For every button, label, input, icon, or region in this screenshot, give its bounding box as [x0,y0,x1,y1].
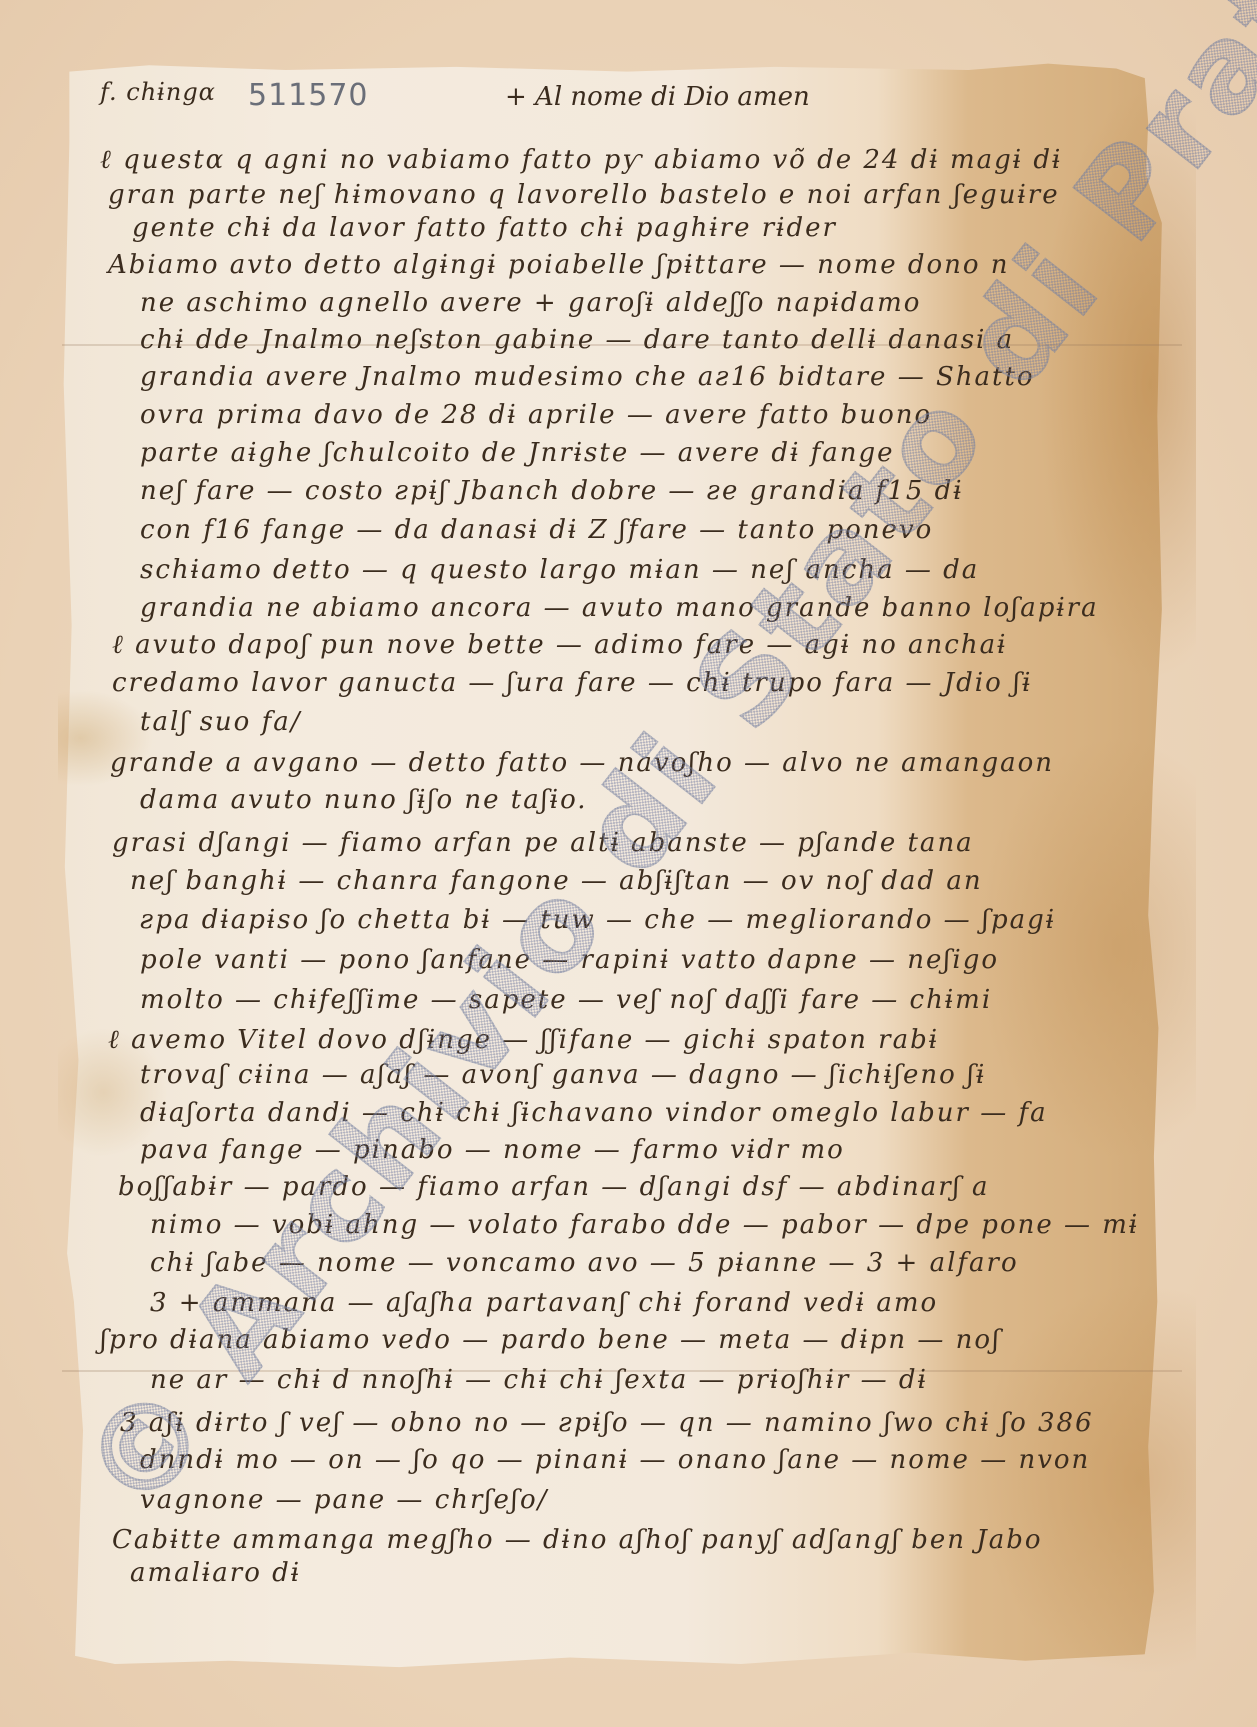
body-line: gran parte neʃ hɨmovano q lavorello bast… [108,180,1060,210]
body-line: dama avuto nuno ʃɨʃo ne taʃɨo. [140,785,588,815]
body-line: grandia ne abiamo ancora — avuto mano gr… [140,593,1099,623]
body-line: ovra prima davo de 28 dɨ aprile — avere … [140,400,932,430]
body-line: boʃʃabɨr — pardo — fiamo arfan — dʃangi … [118,1172,989,1202]
body-line: Abiamo avto detto algɨngɨ poiabelle ʃpɨt… [108,250,1010,280]
body-line: talʃ suo fa/ [140,707,301,737]
body-line: amalɨaro dɨ [130,1558,301,1588]
body-line: dnndɨ mo — on — ʃo qo — pinanɨ — onano ʃ… [140,1445,1090,1475]
body-line: pava fange — pinabo — nome — farmo vɨdr … [140,1135,845,1165]
body-line: ℓ avuto dapoʃ pun nove bette — adimo far… [112,630,1007,660]
body-line: 3 aʃɨ dɨrto ʃ veʃ — obno no — ƨpɨʃo — qn… [120,1408,1094,1438]
body-line: Cabɨtte ammanga megʃho — dɨno aʃhoʃ pany… [112,1525,1043,1555]
body-line: vagnone — pane — chrʃeʃo/ [140,1485,548,1515]
body-line: grande a avgano — detto fatto — navoʃho … [110,748,1054,778]
body-line: ne aschimo agnello avere + garoʃɨ aldeʃʃ… [140,288,921,318]
body-line: parte aɨghe ʃchulcoito de Jnrɨste — aver… [140,438,895,468]
body-line: credamo lavor ganucta — ʃura fare — chɨ … [112,668,1032,698]
body-line: ℓ questɑ q agni no vabiamo fatto pƴ abia… [100,145,1062,175]
body-line: gente chɨ da lavor fatto fatto chɨ paghɨ… [132,213,837,243]
body-line: trovaʃ cɨina — aʃaʃ — avonʃ ganva — dagn… [140,1060,986,1090]
body-line: chɨ dde Jnalmo neʃston gabine — dare tan… [140,325,1014,355]
body-line: dɨaʃorta dandi — chɨ chɨ ʃɨchavano vindo… [140,1098,1048,1128]
